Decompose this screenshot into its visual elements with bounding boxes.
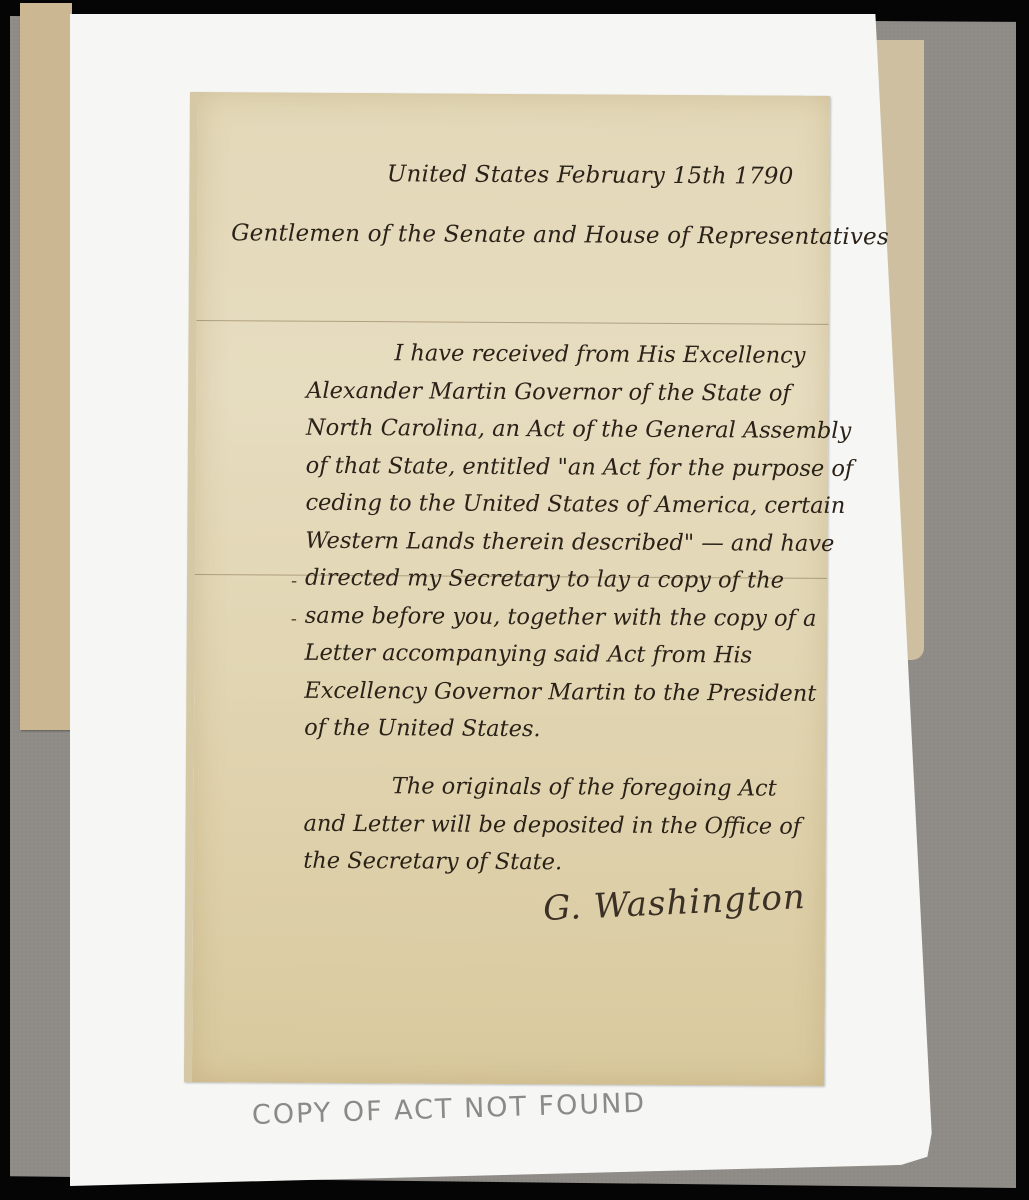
text-line: same before you, together with the copy … (305, 597, 825, 638)
text-line: ceding to the United States of America, … (305, 485, 825, 526)
photo-scene: United States February 15th 1790 Gentlem… (0, 0, 1029, 1200)
letter-paragraph-2: The originals of the foregoing Act and L… (303, 768, 824, 884)
text-line: the Secretary of State. (303, 843, 823, 884)
text-line: North Carolina, an Act of the General As… (306, 410, 826, 451)
text-line: directed my Secretary to lay a copy of t… (305, 560, 825, 601)
letter-paragraph-1: I have received from His Excellency Alex… (304, 335, 827, 751)
signature: G. Washington (542, 877, 806, 929)
text-line: Western Lands therein described" — and h… (305, 522, 825, 563)
text-line: Alexander Martin Governor of the State o… (306, 372, 826, 413)
margin-mark: - (291, 609, 297, 630)
text-line: and Letter will be deposited in the Offi… (303, 805, 823, 846)
text-line: I have received from His Excellency (306, 335, 826, 376)
fold-line (197, 320, 829, 325)
text-line: The originals of the foregoing Act (304, 768, 824, 809)
text-line: of the United States. (304, 710, 824, 751)
letter-salutation: Gentlemen of the Senate and House of Rep… (231, 220, 889, 250)
margin-mark: - (291, 571, 297, 592)
text-line: of that State, entitled "an Act for the … (306, 447, 826, 488)
tan-folder-edge-left (20, 3, 72, 730)
letter-paper: United States February 15th 1790 Gentlem… (184, 92, 830, 1086)
text-line: Excellency Governor Martin to the Presid… (304, 672, 824, 713)
letter-dateline: United States February 15th 1790 (387, 161, 794, 189)
text-line: Letter accompanying said Act from His (304, 635, 824, 676)
